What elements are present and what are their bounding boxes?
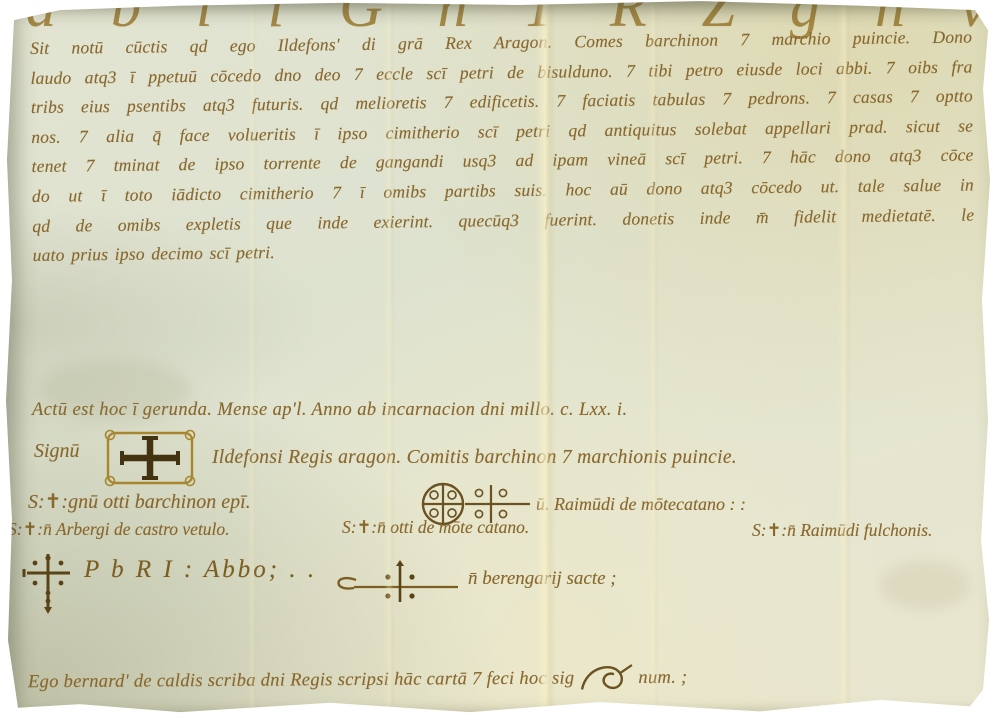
royal-signum-cross-icon: [100, 426, 200, 490]
scribe-sign-icon: [578, 661, 634, 695]
bishop-signum-text: S:✝:gnū otti barchinon epī.: [28, 489, 251, 514]
scribe-subscription: Ego bernard' de caldis scriba dni Regis …: [28, 661, 688, 700]
witness-montcada-otto: S:✝:n̄ otti de mōte catano.: [342, 517, 529, 538]
charter-body-text: Sit notū cūctis qd ego Ildefons' di grā …: [30, 22, 975, 270]
royal-signum-label: Signū: [34, 440, 80, 463]
scribe-text-pre: Ego bernard' de caldis scriba dni Regis …: [28, 668, 575, 693]
flourish-cross-icon: [326, 560, 462, 606]
witness-raimund-fulcho: S:✝:n̄ Raimūdi fulchonis.: [752, 520, 932, 541]
scribe-text-post: num. ;: [638, 667, 687, 688]
royal-subscription: Ildefonsi Regis aragon. Comitis barchino…: [212, 447, 737, 469]
witness-montcada-raimund: ū. Raimūdi de mōtecatano : :: [536, 494, 746, 515]
witness-castellvell: S:✝:n̄ Arbergi de castro vetulo.: [8, 519, 230, 540]
stain-spot: [880, 560, 970, 610]
datum-line: Actū est hoc ī gerunda. Mense ap'l. Anno…: [32, 400, 628, 421]
parchment-sheet: a b l i G h T R Z g h v p q Sit notū cūc…: [0, 0, 1000, 720]
manuscript-photo: { "palette": { "photo_background": "#fff…: [0, 0, 1000, 720]
abbot-monogram: P b R I : Abbo; . .: [84, 556, 317, 584]
witness-berengar-sacrist: n̄ berengarij sacte ;: [468, 568, 617, 590]
decorated-cross-icon: [20, 551, 78, 615]
